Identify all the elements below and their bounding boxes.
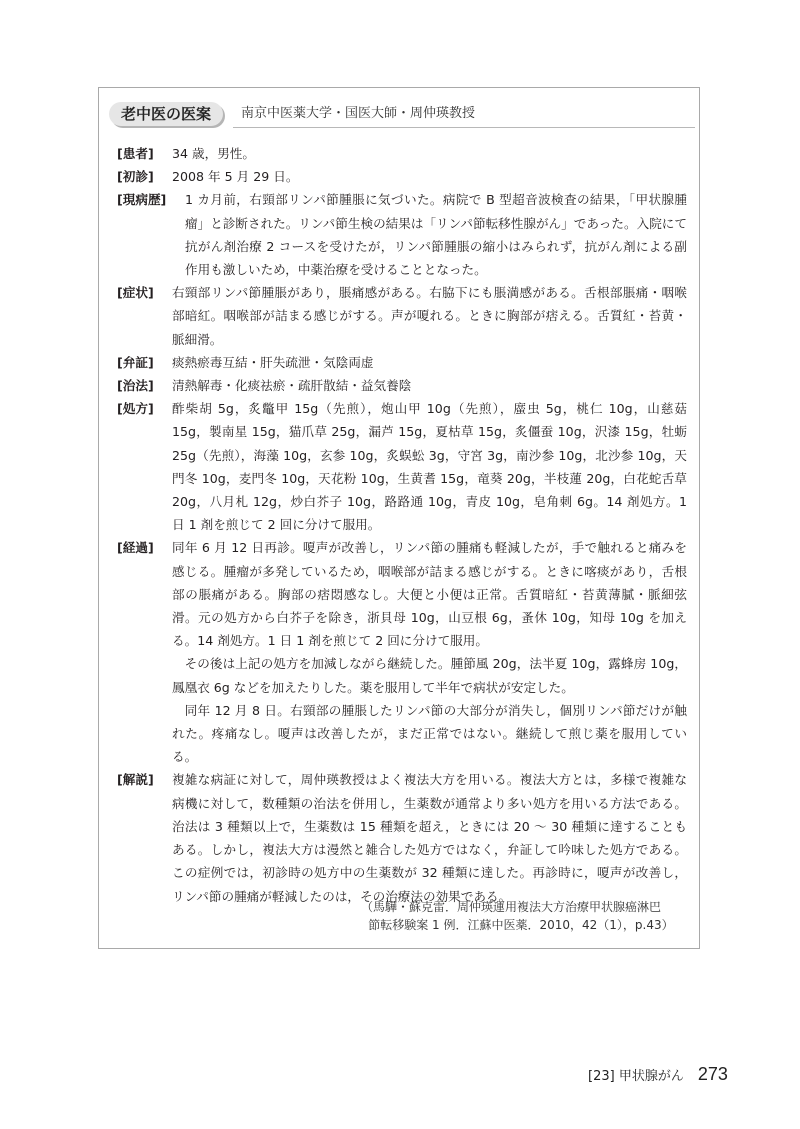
section-text: 右頸部リンパ節腫脹があり，脹痛感がある。右脇下にも脹満感がある。舌根部脹痛・咽喉… (172, 281, 687, 351)
section-diagnosis: [弁証] 痰熱瘀毒互結・肝失疏泄・気陰両虚 (117, 351, 687, 374)
section-text: 34 歳，男性。 (172, 142, 687, 165)
case-header: 老中医の医案 南京中医薬大学・国医大師・周仲瑛教授 (109, 102, 685, 128)
section-label: [経過] (117, 536, 172, 652)
section-label: [初診] (117, 165, 172, 188)
section-label: [治法] (117, 374, 172, 397)
chapter-title: [23] 甲状腺がん (588, 1069, 684, 1084)
section-text: 痰熱瘀毒互結・肝失疏泄・気陰両虚 (172, 351, 687, 374)
section-label: [処方] (117, 397, 172, 536)
section-text: 1 カ月前，右頸部リンパ節腫脹に気づいた。病院で B 型超音波検査の結果，「甲状… (185, 188, 687, 281)
section-text: 同年 6 月 12 日再診。嗄声が改善し，リンパ節の腫痛も軽減したが，手で触れる… (172, 536, 687, 652)
section-label: [解説] (117, 768, 172, 907)
progress-paragraph: その後は上記の処方を加減しながら継続した。腫節風 20g，法半夏 10g，露蜂房… (117, 652, 687, 698)
section-progress: [経過] 同年 6 月 12 日再診。嗄声が改善し，リンパ節の腫痛も軽減したが，… (117, 536, 687, 652)
section-commentary: [解説] 複雑な病証に対して，周仲瑛教授はよく複法大方を用いる。複法大方とは，多… (117, 768, 687, 907)
section-symptoms: [症状] 右頸部リンパ節腫脹があり，脹痛感がある。右脇下にも脹満感がある。舌根部… (117, 281, 687, 351)
case-box: 老中医の医案 南京中医薬大学・国医大師・周仲瑛教授 [患者] 34 歳，男性。 … (98, 87, 700, 949)
citation-line: （馬驊・蘇克雷．周仲瑛運用複法大方治療甲状腺癌淋巴 (361, 898, 681, 916)
section-history: [現病歴] 1 カ月前，右頸部リンパ節腫脹に気づいた。病院で B 型超音波検査の… (117, 188, 687, 281)
section-label: [患者] (117, 142, 172, 165)
section-first-visit: [初診] 2008 年 5 月 29 日。 (117, 165, 687, 188)
section-text: 清熱解毒・化痰祛瘀・疏肝散結・益気養陰 (172, 374, 687, 397)
section-label: [現病歴] (117, 188, 185, 281)
citation-line: 節転移験案 1 例．江蘇中医薬．2010，42（1），p.43） (361, 916, 681, 934)
case-subtitle: 南京中医薬大学・国医大師・周仲瑛教授 (241, 105, 475, 123)
section-text: 2008 年 5 月 29 日。 (172, 165, 687, 188)
citation: （馬驊・蘇克雷．周仲瑛運用複法大方治療甲状腺癌淋巴 節転移験案 1 例．江蘇中医… (361, 898, 681, 934)
case-tab-label: 老中医の医案 (109, 102, 223, 126)
section-patient: [患者] 34 歳，男性。 (117, 142, 687, 165)
section-treatment: [治法] 清熱解毒・化痰祛瘀・疏肝散結・益気養陰 (117, 374, 687, 397)
case-content: [患者] 34 歳，男性。 [初診] 2008 年 5 月 29 日。 [現病歴… (117, 142, 687, 908)
section-text: 酢柴胡 5g，炙鼈甲 15g（先煎），炮山甲 10g（先煎），䗪虫 5g，桃仁 … (172, 397, 687, 536)
page-number: 273 (698, 1064, 728, 1084)
section-label: [弁証] (117, 351, 172, 374)
page-footer: [23] 甲状腺がん273 (588, 1064, 728, 1085)
section-label: [症状] (117, 281, 172, 351)
section-text: 複雑な病証に対して，周仲瑛教授はよく複法大方を用いる。複法大方とは，多様で複雑な… (172, 768, 687, 907)
section-prescription: [処方] 酢柴胡 5g，炙鼈甲 15g（先煎），炮山甲 10g（先煎），䗪虫 5… (117, 397, 687, 536)
header-rule (233, 127, 695, 128)
progress-paragraph: 同年 12 月 8 日。右頸部の腫脹したリンパ節の大部分が消失し，個別リンパ節だ… (117, 699, 687, 769)
